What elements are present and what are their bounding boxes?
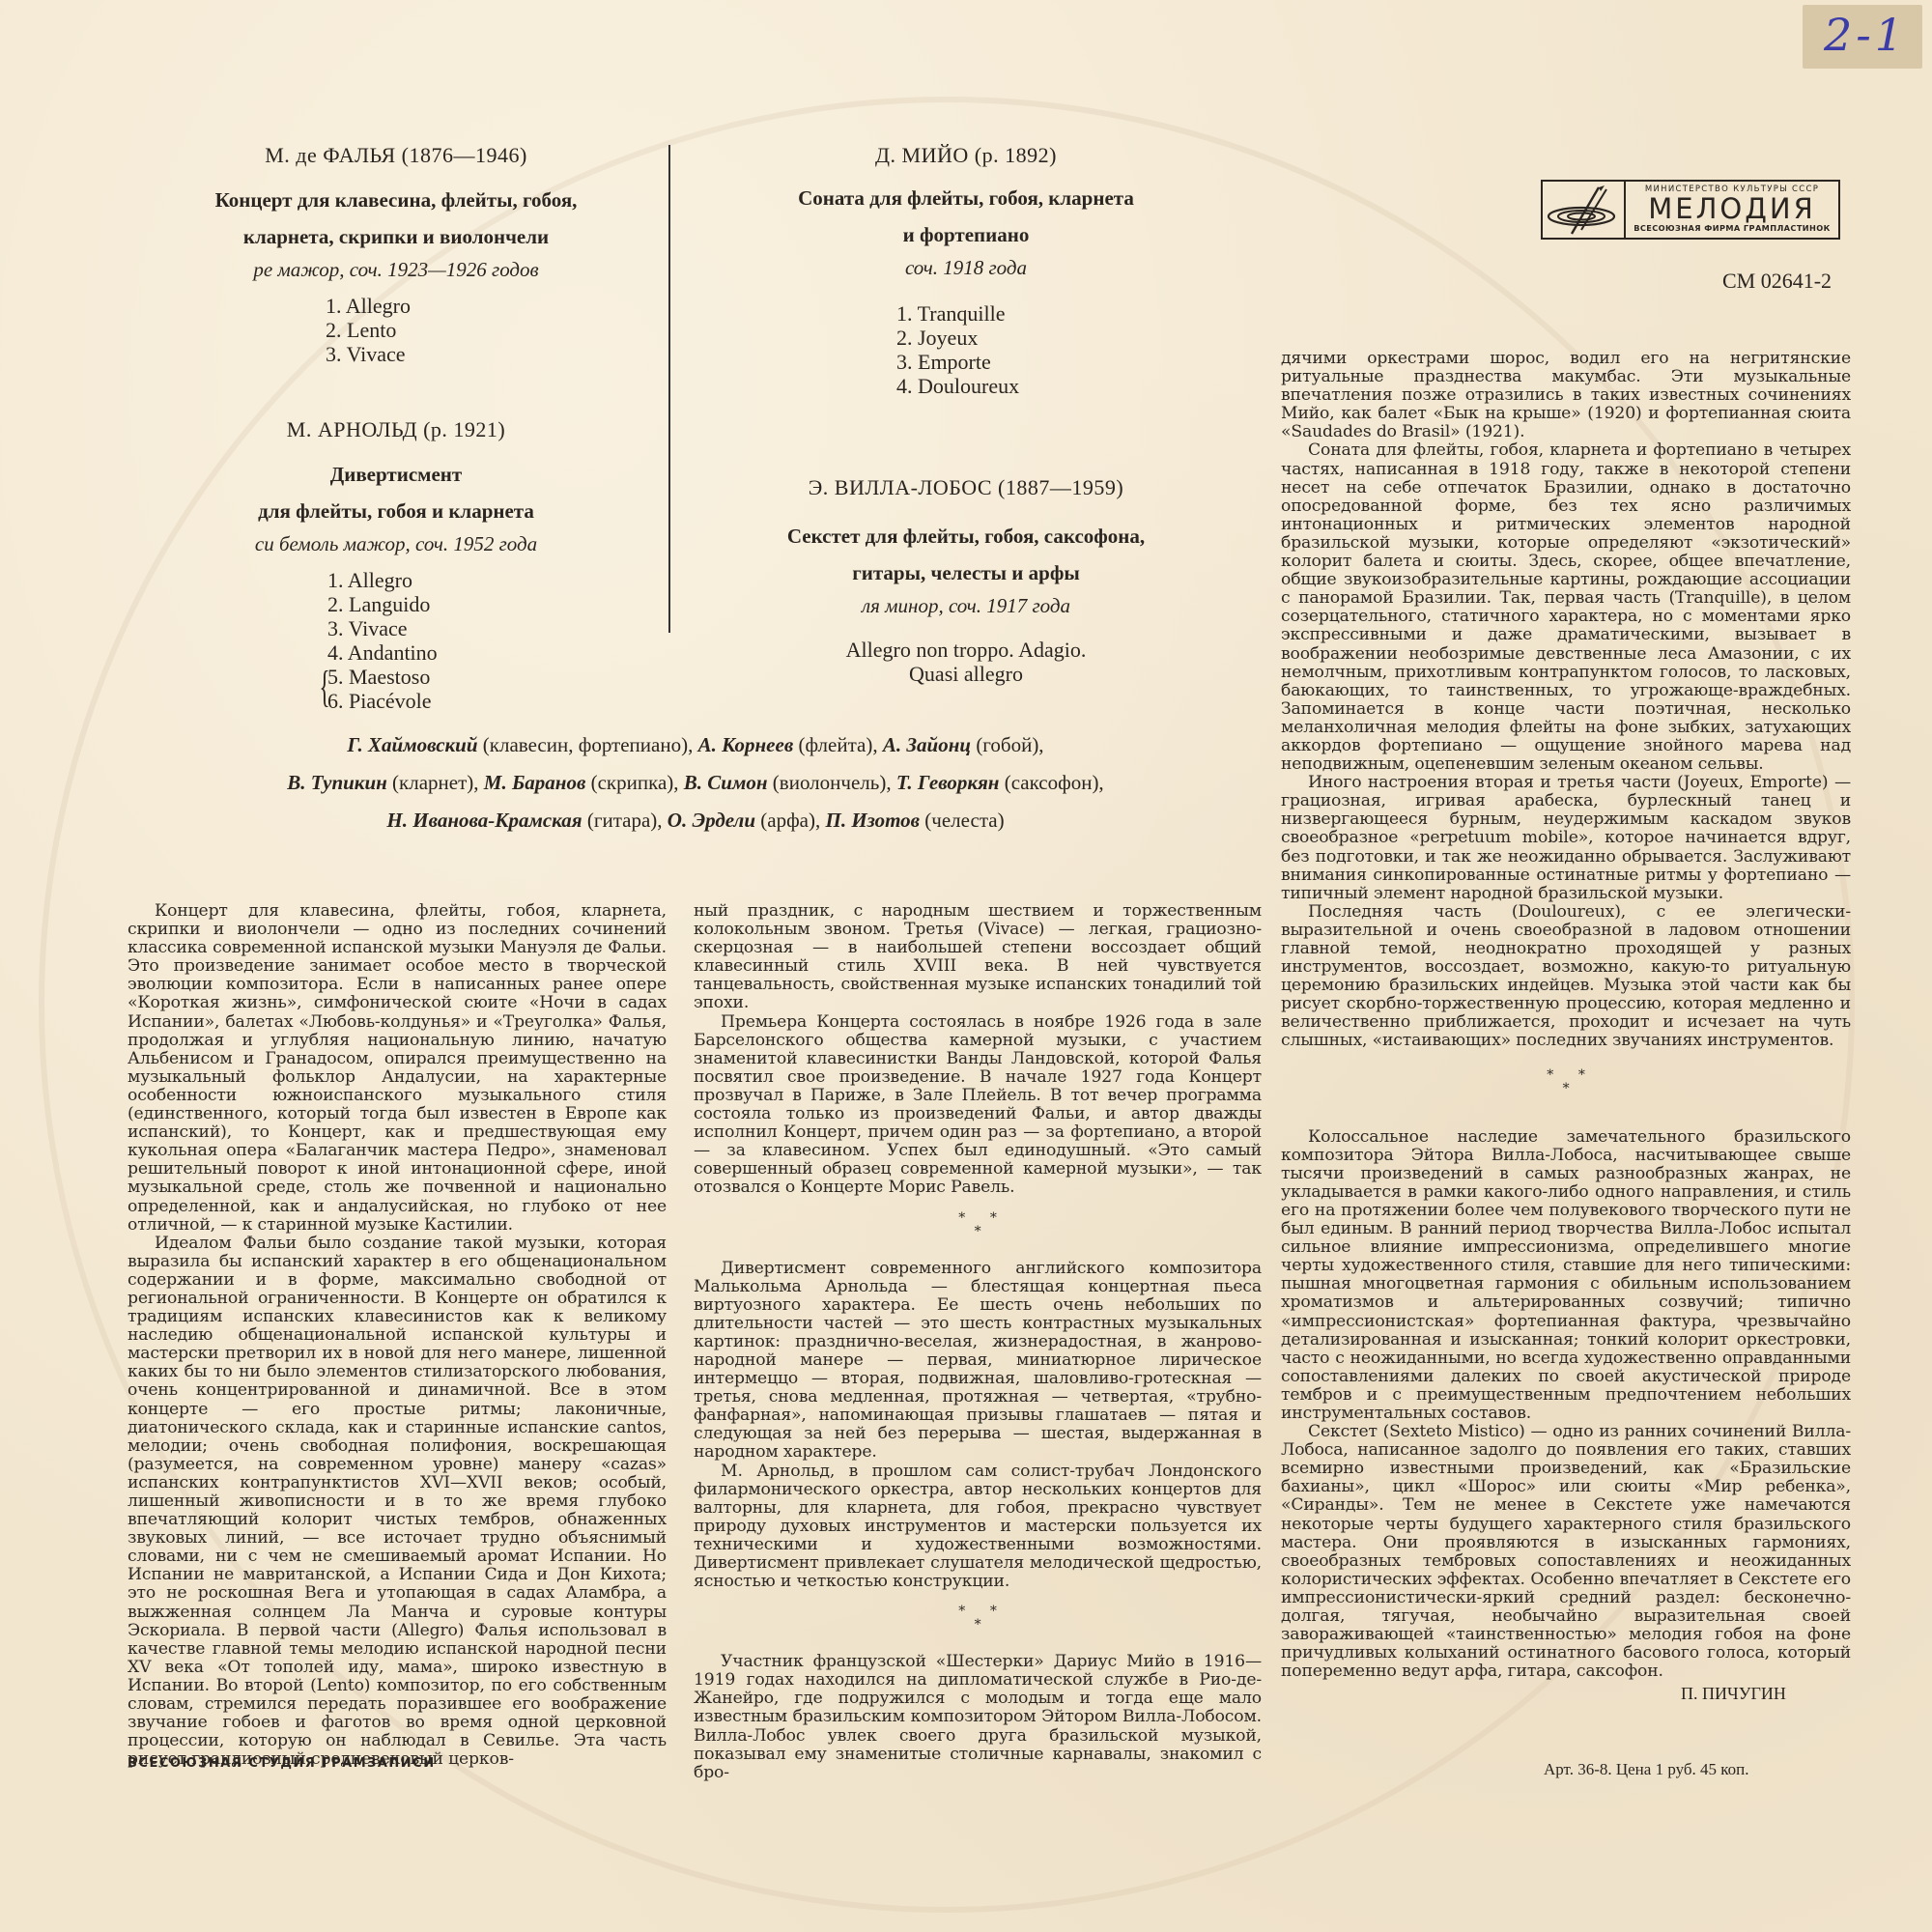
performer-instrument: (арфа), <box>760 809 820 832</box>
notes-column-2: ный праздник, с народным шествием и торж… <box>694 902 1262 1782</box>
performer-name: В. Тупикин <box>287 771 387 794</box>
movement-list: 1. Allegro 2. Languido 3. Vivace 4. Anda… <box>327 568 657 713</box>
composer-name: Д. МИЙО (р. 1892) <box>715 143 1217 168</box>
tempo-marking: Quasi allegro <box>715 662 1217 686</box>
paragraph: Идеалом Фальи было создание такой музыки… <box>128 1235 667 1770</box>
performer-instrument: (челеста) <box>924 809 1004 832</box>
composer-name: М. де ФАЛЬЯ (1876—1946) <box>135 143 657 168</box>
catalog-number: СМ 02641-2 <box>1722 269 1832 294</box>
work-title: Дивертисмент <box>135 456 657 493</box>
performer-instrument: (скрипка), <box>591 771 679 794</box>
movement: 1. Allegro <box>327 568 657 592</box>
work-title: Секстет для флейты, гобоя, саксофона, <box>715 518 1217 554</box>
melodiya-logo: МИНИСТЕРСТВО КУЛЬТУРЫ СССР МЕЛОДИЯ ВСЕСО… <box>1541 180 1840 240</box>
movement: 3. Vivace <box>327 616 657 640</box>
movement: 2. Languido <box>327 592 657 616</box>
performer-name: А. Корнеев <box>698 733 794 756</box>
handwritten-label: 2-1 <box>1824 9 1907 61</box>
melodiya-emblem-icon <box>1543 182 1626 238</box>
villa-lobos-block: Э. ВИЛЛА-ЛОБОС (1887—1959) Секстет для ф… <box>715 475 1217 686</box>
paragraph: Концерт для клавесина, флейты, гобоя, кл… <box>128 902 667 1235</box>
performer-name: М. Баранов <box>484 771 586 794</box>
paragraph: Последняя часть (Douloureux), с ее элеги… <box>1281 903 1851 1051</box>
movement-list: 1. Tranquille 2. Joyeux 3. Emporte 4. Do… <box>896 301 1217 398</box>
paragraph: М. Арнольд, в прошлом сам солист-трубач … <box>694 1463 1262 1592</box>
paragraph: Дивертисмент современного английского ко… <box>694 1260 1262 1463</box>
paragraph: Участник французской «Шестерки» Дариус М… <box>694 1653 1262 1782</box>
work-key: ре мажор, соч. 1923—1926 годов <box>135 255 657 284</box>
movement: 6. Piacévole <box>327 689 657 713</box>
work-title: Соната для флейты, гобоя, кларнета <box>715 180 1217 216</box>
performer-instrument: (виолончель), <box>773 771 892 794</box>
composer-name: М. АРНОЛЬД (р. 1921) <box>135 417 657 442</box>
brace-icon: { <box>320 663 330 711</box>
paragraph: Колоссальное наследие замечательного бра… <box>1281 1128 1851 1424</box>
performer-name: В. Симон <box>684 771 768 794</box>
falla-block: М. де ФАЛЬЯ (1876—1946) Концерт для клав… <box>135 143 657 366</box>
work-title: Концерт для клавесина, флейты, гобоя, <box>135 182 657 218</box>
performer-name: П. Изотов <box>826 809 921 832</box>
performer-instrument: (гитара), <box>587 809 663 832</box>
performers-line: Г. Хаймовский (клавесин, фортепиано), А.… <box>126 726 1265 764</box>
work-title: для флейты, гобоя и кларнета <box>135 493 657 529</box>
paragraph: ный праздник, с народным шествием и торж… <box>694 902 1262 1013</box>
movement-list: 1. Allegro 2. Lento 3. Vivace <box>326 294 657 366</box>
paragraph: Соната для флейты, гобоя, кларнета и фор… <box>1281 441 1851 774</box>
performer-instrument: (кларнет), <box>392 771 478 794</box>
logo-brand-text: МЕЛОДИЯ <box>1626 194 1838 223</box>
performer-name: Н. Иванова-Крамская <box>386 809 582 832</box>
paragraph: Премьера Концерта состоялась в ноябре 19… <box>694 1013 1262 1198</box>
section-separator: * ** <box>694 1211 1262 1238</box>
work-key: соч. 1918 года <box>715 253 1217 282</box>
arnold-block: М. АРНОЛЬД (р. 1921) Дивертисмент для фл… <box>135 417 657 713</box>
movement: 4. Douloureux <box>896 374 1217 398</box>
studio-credit: ВСЕСОЮЗНАЯ СТУДИЯ ГРАМЗАПИСИ <box>128 1756 436 1771</box>
performer-instrument: (флейта), <box>798 733 877 756</box>
performer-instrument: (гобой), <box>976 733 1043 756</box>
performers-credits: Г. Хаймовский (клавесин, фортепиано), А.… <box>126 726 1265 839</box>
movement: 2. Joyeux <box>896 326 1217 350</box>
work-title: кларнета, скрипки и виолончели <box>135 218 657 255</box>
performer-name: Г. Хаймовский <box>347 733 477 756</box>
performers-line: В. Тупикин (кларнет), М. Баранов (скрипк… <box>126 764 1265 802</box>
paragraph: Иного настроения вторая и третья части (… <box>1281 774 1851 903</box>
movement: 3. Emporte <box>896 350 1217 374</box>
performer-instrument: (клавесин, фортепиано), <box>483 733 694 756</box>
movement: 1. Tranquille <box>896 301 1217 326</box>
movement: 2. Lento <box>326 318 657 342</box>
performer-name: Т. Геворкян <box>896 771 1000 794</box>
performer-name: А. Зайонц <box>883 733 971 756</box>
milhaud-block: Д. МИЙО (р. 1892) Соната для флейты, гоб… <box>715 143 1217 398</box>
section-separator: * ** <box>694 1605 1262 1632</box>
paragraph: Секстет (Sexteto Mistico) — одно из ранн… <box>1281 1423 1851 1681</box>
composer-name: Э. ВИЛЛА-ЛОБОС (1887—1959) <box>715 475 1217 500</box>
movement: 3. Vivace <box>326 342 657 366</box>
performer-name: О. Эрдели <box>668 809 755 832</box>
performer-instrument: (саксофон), <box>1005 771 1104 794</box>
movement: 1. Allegro <box>326 294 657 318</box>
paragraph: дячими оркестрами шорос, водил его на не… <box>1281 350 1851 441</box>
performers-line: Н. Иванова-Крамская (гитара), О. Эрдели … <box>126 802 1265 839</box>
notes-column-3: дячими оркестрами шорос, водил его на не… <box>1281 350 1851 1681</box>
inventory-sticker: 2-1 <box>1803 5 1922 69</box>
tempo-marking: Allegro non troppo. Adagio. <box>715 638 1217 662</box>
work-title: гитары, челесты и арфы <box>715 554 1217 591</box>
work-title: и фортепиано <box>715 216 1217 253</box>
price-info: Арт. 36-8. Цена 1 руб. 45 коп. <box>1544 1760 1749 1779</box>
logo-firm-text: ВСЕСОЮЗНАЯ ФИРМА ГРАМПЛАСТИНОК <box>1626 223 1838 233</box>
section-separator: * ** <box>1281 1068 1851 1095</box>
work-key: си бемоль мажор, соч. 1952 года <box>135 529 657 558</box>
movement: 4. Andantino <box>327 640 657 665</box>
work-key: ля минор, соч. 1917 года <box>715 591 1217 620</box>
movement: 5. Maestoso <box>327 665 657 689</box>
notes-column-1: Концерт для клавесина, флейты, гобоя, кл… <box>128 902 667 1769</box>
notes-author: П. ПИЧУГИН <box>1681 1684 1786 1704</box>
column-divider <box>668 145 670 633</box>
